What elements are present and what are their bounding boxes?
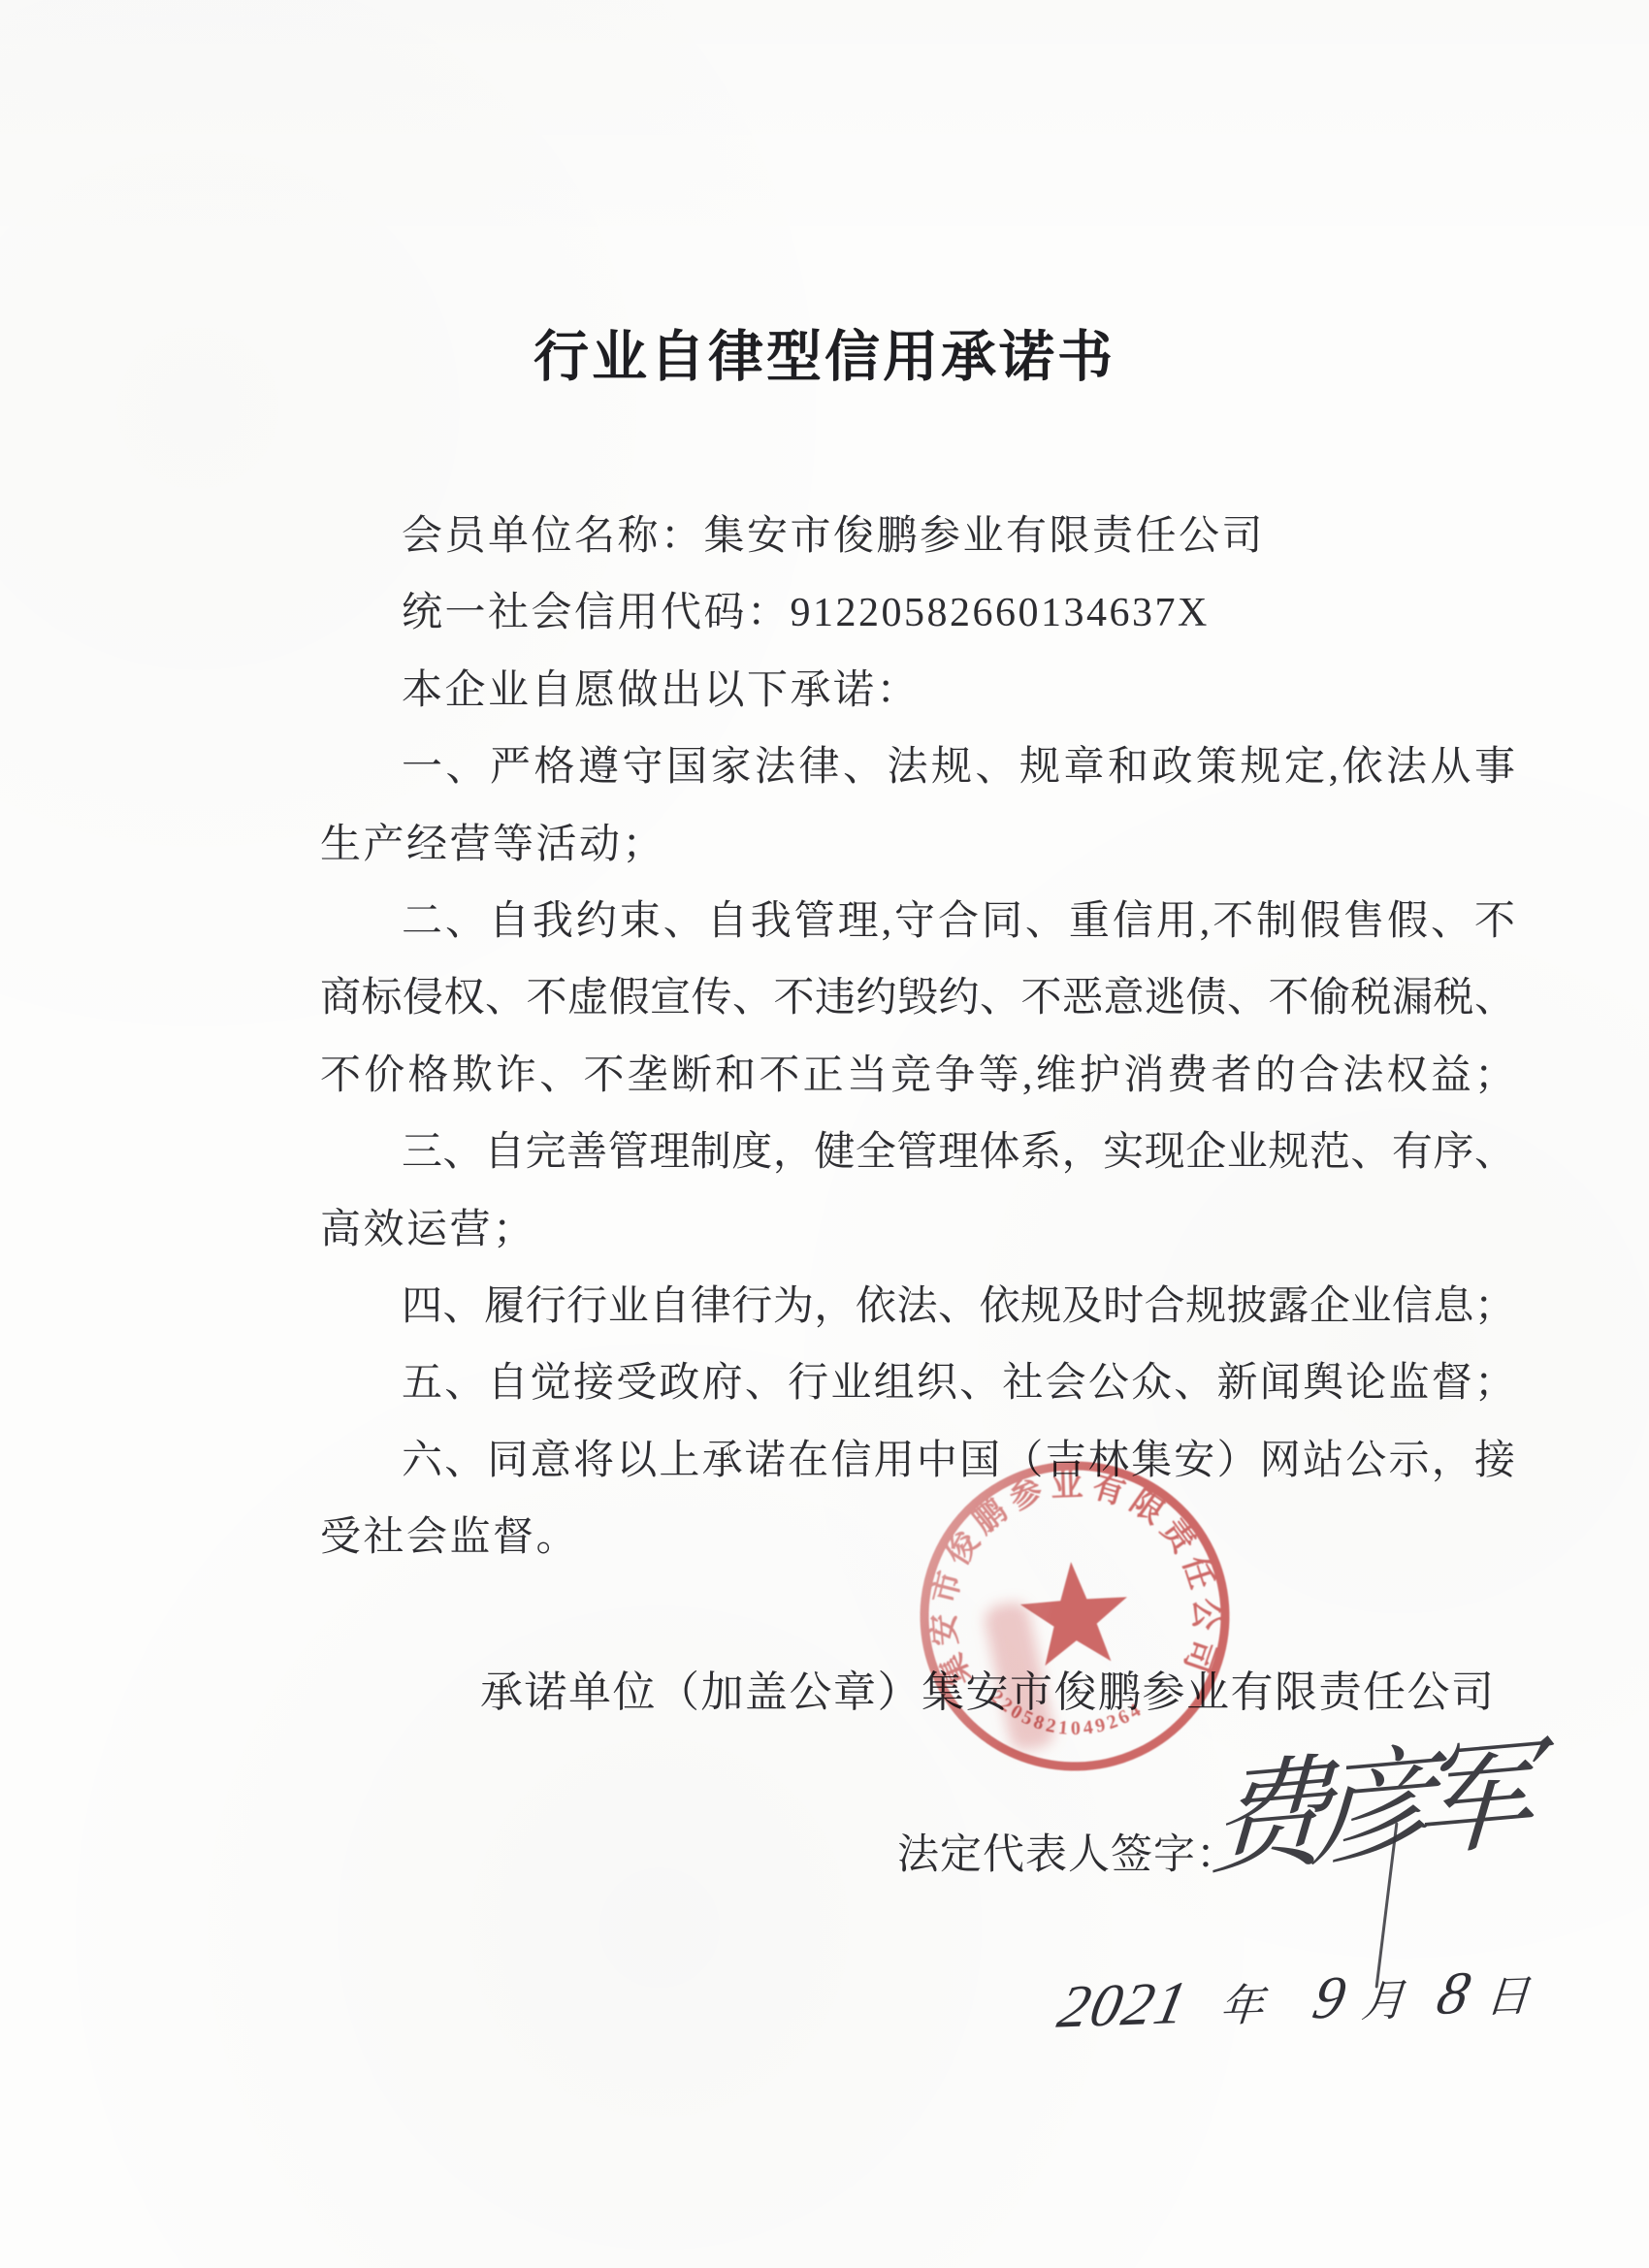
date-year: 2021 bbox=[1052, 1969, 1195, 2043]
date-line: 2021 年 9 月 8 日 bbox=[1058, 1958, 1531, 2043]
legal-representative-signature: 费彦军 bbox=[1206, 1696, 1543, 1898]
commitment-1-line-2: 生产经营等活动； bbox=[320, 807, 1515, 884]
document-body: 会员单位名称：集安市俊鹏参业有限责任公司 统一社会信用代码：9122058266… bbox=[320, 499, 1515, 1577]
commitment-4-line: 四、履行行业自律行为，依法、依规及时合规披露企业信息； bbox=[320, 1269, 1515, 1345]
commitment-3-line-1: 三、自完善管理制度，健全管理体系，实现企业规范、有序、 bbox=[320, 1115, 1515, 1191]
commitment-2-line-1: 二、自我约束、自我管理,守合同、重信用,不制假售假、不 bbox=[320, 884, 1515, 960]
member-name-line: 会员单位名称：集安市俊鹏参业有限责任公司 bbox=[320, 499, 1515, 575]
date-day-unit: 日 bbox=[1484, 1960, 1533, 2025]
credit-code-line: 统一社会信用代码：91220582660134637X bbox=[320, 575, 1515, 652]
commitment-5-line: 五、自觉接受政府、行业组织、社会公众、新闻舆论监督； bbox=[320, 1345, 1515, 1422]
date-month: 9 bbox=[1307, 1963, 1353, 2034]
date-year-unit: 年 bbox=[1218, 1969, 1267, 2034]
document-title: 行业自律型信用承诺书 bbox=[0, 312, 1649, 392]
date-day: 8 bbox=[1431, 1959, 1477, 2029]
commitment-3-line-2: 高效运营； bbox=[320, 1192, 1515, 1269]
scanned-document-page: 行业自律型信用承诺书 会员单位名称：集安市俊鹏参业有限责任公司 统一社会信用代码… bbox=[0, 0, 1649, 2268]
commitment-2-line-3: 不价格欺诈、不垄断和不正当竞争等,维护消费者的合法权益； bbox=[320, 1038, 1515, 1115]
company-seal-stamp: 集安市俊鹏参业有限责任公司 2205821049264 bbox=[901, 1442, 1249, 1791]
intro-line: 本企业自愿做出以下承诺： bbox=[320, 653, 1515, 729]
date-month-unit: 月 bbox=[1360, 1964, 1408, 2029]
commitment-2-line-2: 商标侵权、不虚假宣传、不违约毁约、不恶意逃债、不偷税漏税、 bbox=[320, 960, 1515, 1037]
commitment-1-line-1: 一、严格遵守国家法律、法规、规章和政策规定,依法从事 bbox=[320, 729, 1515, 806]
legal-representative-label: 法定代表人签字： bbox=[897, 1822, 1239, 1881]
